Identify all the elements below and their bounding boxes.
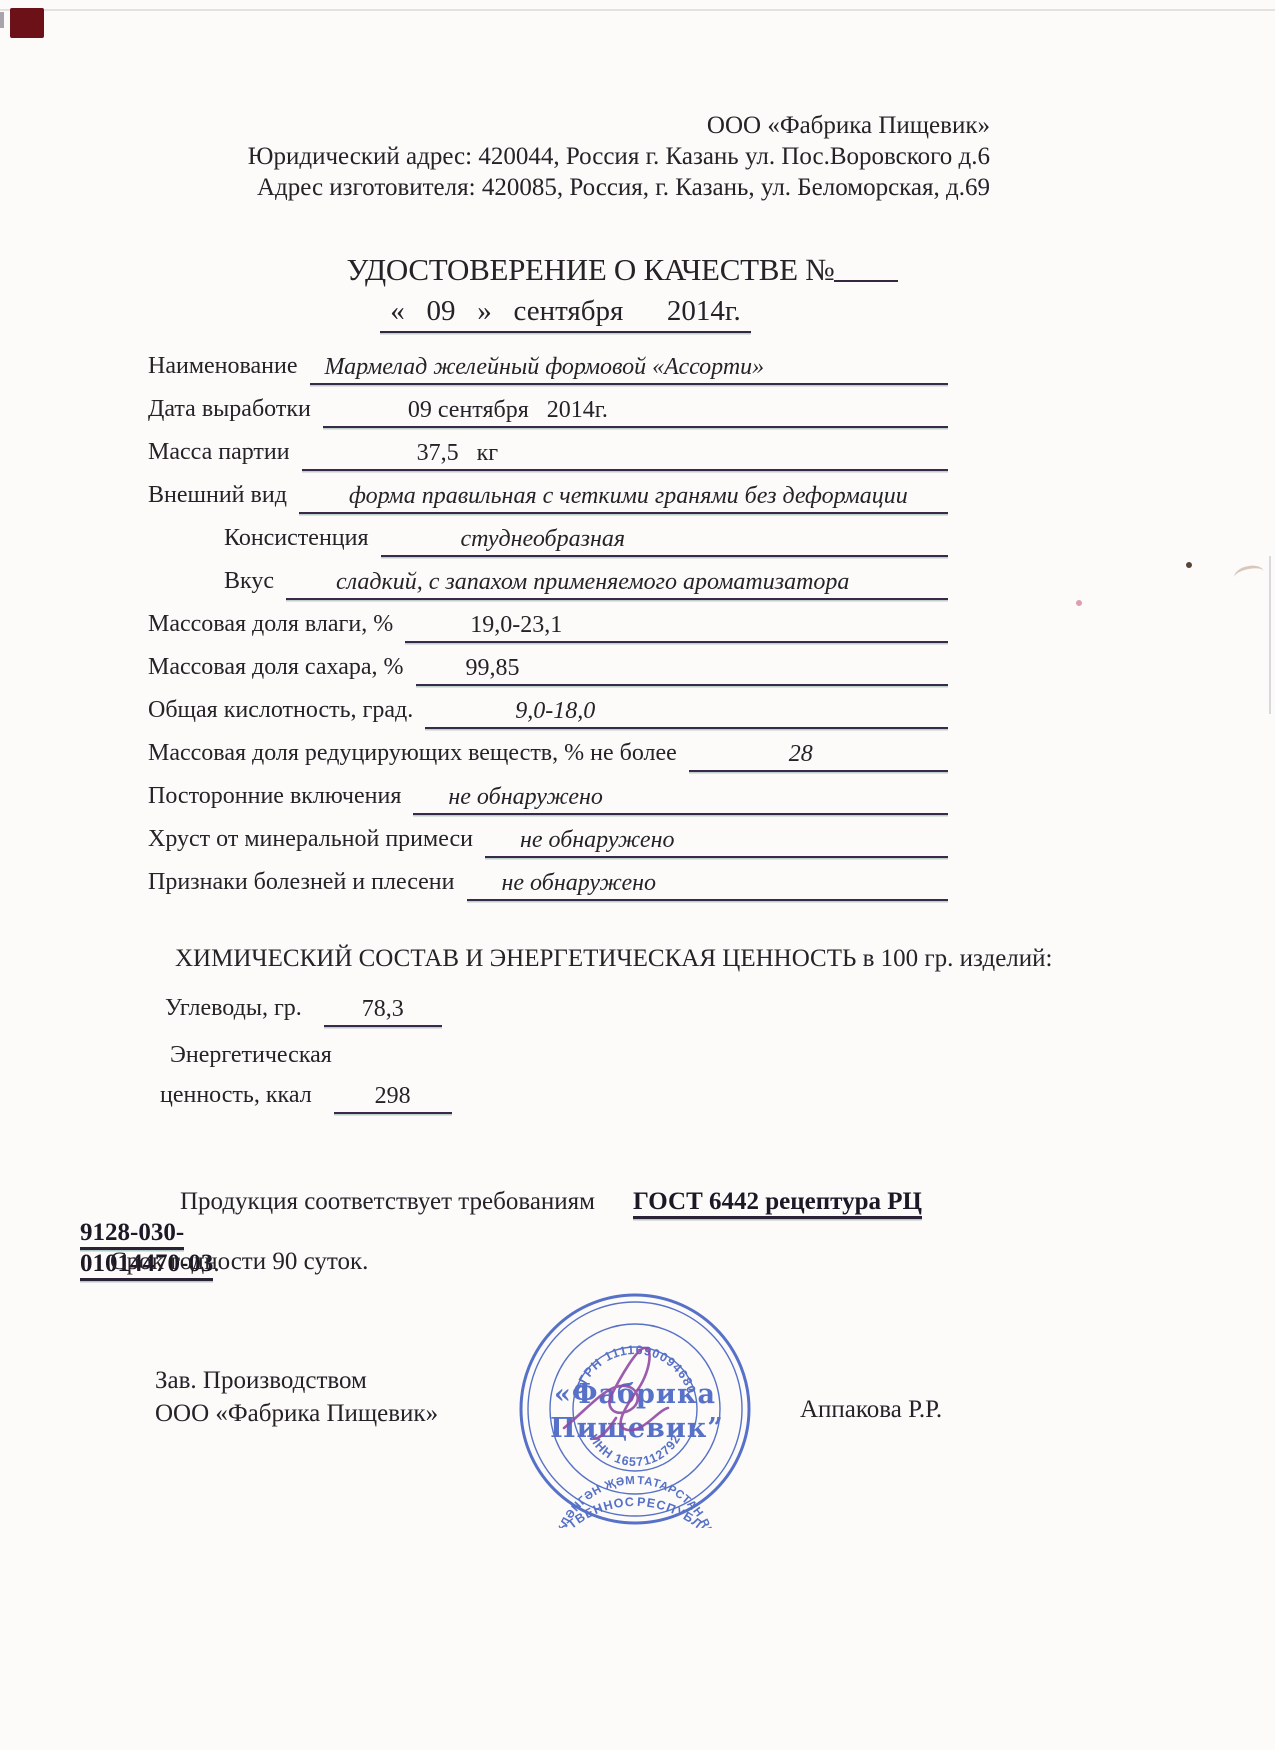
certificate-date-row: « 09 » сентября 2014г. xyxy=(0,295,1203,333)
field-label: Признаки болезней и плесени xyxy=(148,869,455,901)
company-name: ООО «Фабрика Пищевик» xyxy=(248,110,990,141)
form-row-acidity: Общая кислотность, град. 9,0-18,0 xyxy=(148,686,948,729)
form-row-production-date: Дата выработки 09 сентября 2014г. xyxy=(148,385,948,428)
field-label: Внешний вид xyxy=(148,482,287,514)
field-label: Хруст от минеральной примеси xyxy=(148,826,473,858)
field-underline: 99,85 xyxy=(416,655,949,686)
scan-left-edge-mark xyxy=(0,12,4,28)
scan-curve-mark xyxy=(1233,563,1266,586)
form-row-mineral-crunch: Хруст от минеральной примеси не обнаруже… xyxy=(148,815,948,858)
carbs-label: Углеводы, гр. xyxy=(165,995,302,1027)
field-label: Посторонние включения xyxy=(148,783,401,815)
field-value: студнеобразная xyxy=(381,526,626,552)
field-underline: студнеобразная xyxy=(381,526,948,557)
energy-value: 298 xyxy=(375,1083,411,1109)
form-row-sugar: Массовая доля сахара, % 99,85 xyxy=(148,643,948,686)
certificate-form: Наименование Мармелад желейный формовой … xyxy=(148,342,948,901)
position-line2: ООО «Фабрика Пищевик» xyxy=(155,1397,438,1430)
field-value: не обнаружено xyxy=(467,870,657,896)
field-value: 28 xyxy=(689,741,813,767)
field-underline: не обнаружено xyxy=(467,870,949,901)
field-underline: 28 xyxy=(689,741,948,772)
field-value: не обнаружено xyxy=(485,827,675,853)
carbs-underline: 78,3 xyxy=(324,996,442,1027)
form-row-foreign-inclusions: Посторонние включения не обнаружено xyxy=(148,772,948,815)
chemistry-section-heading: ХИМИЧЕСКИЙ СОСТАВ И ЭНЕРГЕТИЧЕСКАЯ ЦЕННО… xyxy=(175,945,1052,973)
energy-label-line2: ценность, ккал xyxy=(160,1082,312,1114)
field-value: 37,5 кг xyxy=(302,440,499,466)
form-row-appearance: Внешний вид форма правильная с четкими г… xyxy=(148,471,948,514)
carbs-value: 78,3 xyxy=(362,996,404,1022)
field-value: 19,0-23,1 xyxy=(405,612,562,638)
field-label: Дата выработки xyxy=(148,396,311,428)
form-row-reducing-substances: Массовая доля редуцирующих веществ, % не… xyxy=(148,729,948,772)
field-value: 09 сентября 2014г. xyxy=(323,397,608,423)
field-underline: форма правильная с четкими гранями без д… xyxy=(299,483,948,514)
company-round-stamp: РЕСПУБЛИКА ТАТАРСТАН г.КАЗАНЬ ОБЩЕСТВО С… xyxy=(516,1290,754,1528)
field-underline: Мармелад желейный формовой «Ассорти» xyxy=(310,354,948,385)
field-label: Вкус xyxy=(224,568,274,600)
scanned-quality-certificate: { "document": { "header": { "company": "… xyxy=(0,0,1275,1750)
position-line1: Зав. Производством xyxy=(155,1364,438,1397)
field-value: Мармелад желейный формовой «Ассорти» xyxy=(310,354,765,380)
field-underline: 9,0-18,0 xyxy=(425,698,948,729)
scan-right-edge-line xyxy=(1269,556,1271,714)
field-label: Массовая доля влаги, % xyxy=(148,611,393,643)
field-value: не обнаружено xyxy=(413,784,603,810)
field-value: 99,85 xyxy=(416,655,520,681)
field-underline: 09 сентября 2014г. xyxy=(323,397,948,428)
form-row-moisture: Массовая доля влаги, % 19,0-23,1 xyxy=(148,600,948,643)
scan-pink-speck xyxy=(1076,600,1082,606)
field-value: сладкий, с запахом применяемого ароматиз… xyxy=(286,569,849,595)
chem-row-energy: ценность, ккал 298 xyxy=(160,1082,475,1114)
stamp-svg: РЕСПУБЛИКА ТАТАРСТАН г.КАЗАНЬ ОБЩЕСТВО С… xyxy=(516,1290,754,1528)
field-underline: сладкий, с запахом применяемого ароматиз… xyxy=(286,569,948,600)
shelf-life: Срок годности 90 суток. xyxy=(110,1248,368,1276)
chem-row-carbohydrates: Углеводы, гр. 78,3 xyxy=(165,995,465,1027)
form-row-name: Наименование Мармелад желейный формовой … xyxy=(148,342,948,385)
field-label: Общая кислотность, град. xyxy=(148,697,413,729)
signatory-position: Зав. Производством ООО «Фабрика Пищевик» xyxy=(155,1364,438,1430)
field-underline: не обнаружено xyxy=(413,784,948,815)
certificate-title: УДОСТОВЕРЕНИЕ О КАЧЕСТВЕ № xyxy=(347,252,835,287)
certificate-number-blank xyxy=(834,280,898,282)
form-row-consistency: Консистенция студнеобразная xyxy=(148,514,948,557)
form-row-batch-mass: Масса партии 37,5 кг xyxy=(148,428,948,471)
compliance-prefix: Продукция соответствует требованиям xyxy=(180,1188,595,1215)
signatory-name: Аппакова Р.Р. xyxy=(800,1396,942,1424)
field-label: Наименование xyxy=(148,353,298,385)
manufacturer-address: Адрес изготовителя: 420085, Россия, г. К… xyxy=(248,172,990,203)
certificate-date: « 09 » сентября 2014г. xyxy=(380,295,750,333)
scan-speck xyxy=(1186,562,1192,568)
field-underline: 19,0-23,1 xyxy=(405,612,948,643)
document-header: ООО «Фабрика Пищевик» Юридический адрес:… xyxy=(248,110,990,203)
scan-top-edge-line xyxy=(0,9,1275,11)
legal-address: Юридический адрес: 420044, Россия г. Каз… xyxy=(248,141,990,172)
form-row-taste: Вкус сладкий, с запахом применяемого аро… xyxy=(148,557,948,600)
energy-label-line1: Энергетическая xyxy=(170,1042,332,1069)
certificate-title-row: УДОСТОВЕРЕНИЕ О КАЧЕСТВЕ № xyxy=(0,252,1260,288)
scan-corner-mark xyxy=(10,8,44,38)
form-row-disease-mold: Признаки болезней и плесени не обнаружен… xyxy=(148,858,948,901)
field-label: Массовая доля редуцирующих веществ, % не… xyxy=(148,740,677,772)
field-label: Консистенция xyxy=(224,525,369,557)
field-value: форма правильная с четкими гранями без д… xyxy=(299,483,908,509)
field-value: 9,0-18,0 xyxy=(425,698,595,724)
field-label: Массовая доля сахара, % xyxy=(148,654,404,686)
field-label: Масса партии xyxy=(148,439,290,471)
field-underline: не обнаружено xyxy=(485,827,948,858)
field-underline: 37,5 кг xyxy=(302,440,948,471)
energy-underline: 298 xyxy=(334,1083,452,1114)
